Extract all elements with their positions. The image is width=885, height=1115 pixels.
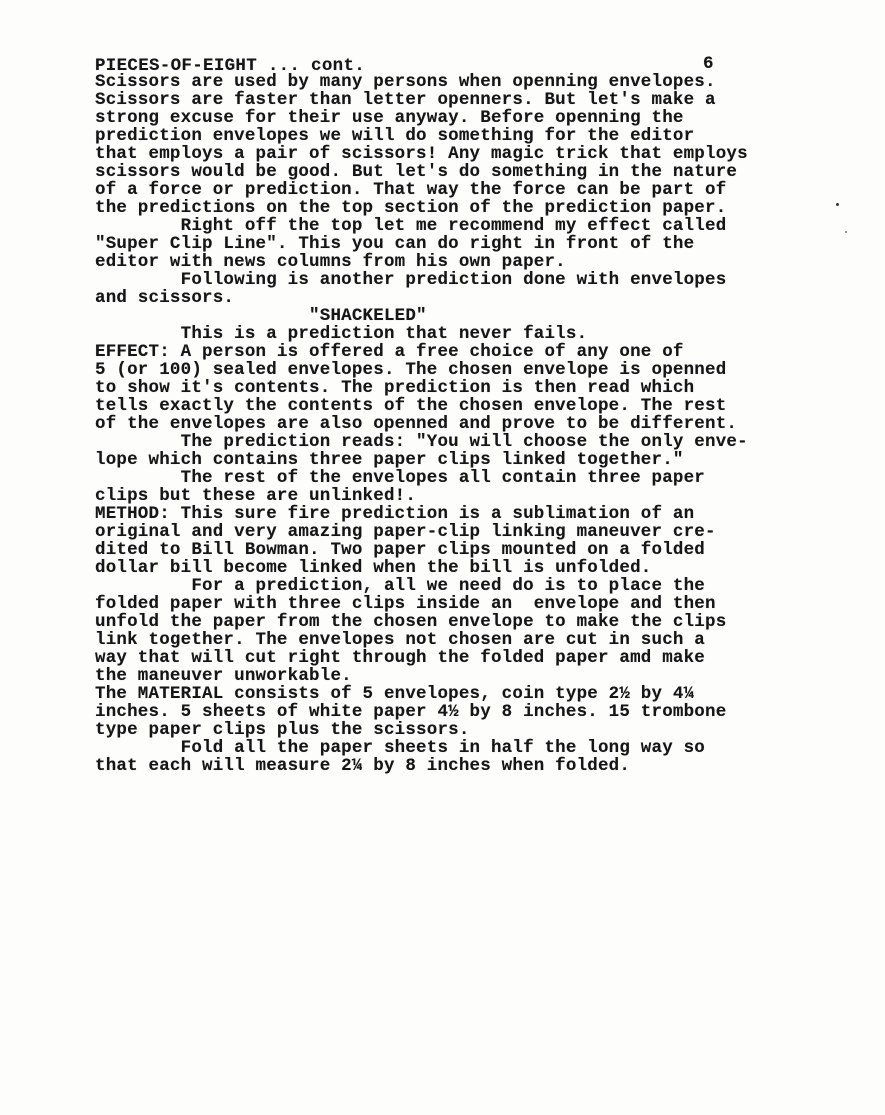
page-header: PIECES-OF-EIGHT ... cont. 6 <box>0 55 885 73</box>
document-body: Scissors are used by many persons when o… <box>95 73 815 775</box>
paragraph-scissors-intro: Scissors are used by many persons when o… <box>95 73 815 217</box>
page-number: 6 <box>703 55 714 73</box>
section-title-shackeled: "SHACKELED" <box>95 307 815 325</box>
paragraph-for-a-prediction: For a prediction, all we need do is to p… <box>95 577 815 685</box>
paragraph-never-fails: This is a prediction that never fails. <box>95 325 815 343</box>
paragraph-method: METHOD: This sure fire prediction is a s… <box>95 505 815 577</box>
paragraph-rest-unlinked: The rest of the envelopes all contain th… <box>95 469 815 505</box>
paragraph-material: The MATERIAL consists of 5 envelopes, co… <box>95 685 815 739</box>
paragraph-effect: EFFECT: A person is offered a free choic… <box>95 343 815 433</box>
paragraph-prediction-reads: The prediction reads: "You will choose t… <box>95 433 815 469</box>
document-page: PIECES-OF-EIGHT ... cont. 6 Scissors are… <box>0 0 885 1115</box>
ink-speck <box>836 203 839 206</box>
paragraph-following-prediction: Following is another prediction done wit… <box>95 271 815 307</box>
ink-speck <box>845 231 847 233</box>
paragraph-fold-sheets: Fold all the paper sheets in half the lo… <box>95 739 815 775</box>
paragraph-super-clip-line: Right off the top let me recommend my ef… <box>95 217 815 271</box>
